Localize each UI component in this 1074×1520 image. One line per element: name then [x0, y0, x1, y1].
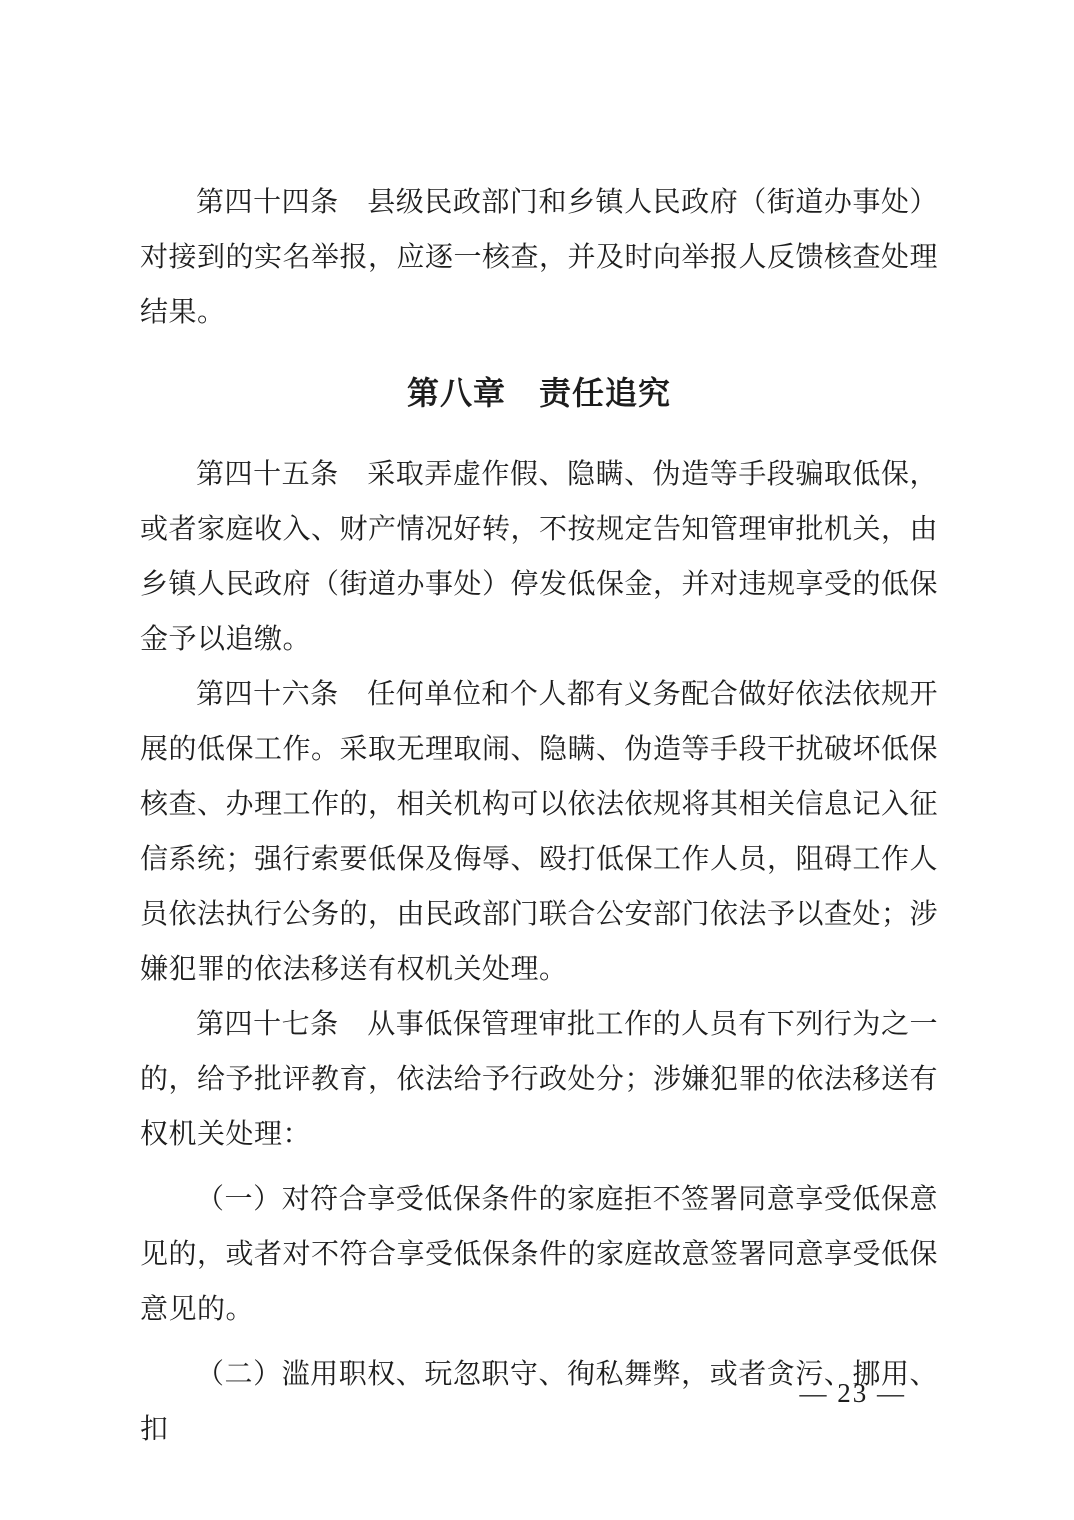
document-body: 第四十四条 县级民政部门和乡镇人民政府（街道办事处）对接到的实名举报，应逐一核查… [140, 175, 938, 1457]
paragraph-article-45: 第四十五条 采取弄虚作假、隐瞒、伪造等手段骗取低保，或者家庭收入、财产情况好转，… [140, 447, 938, 667]
paragraph-article-47-item-1: （一）对符合享受低保条件的家庭拒不签署同意享受低保意见的，或者对不符合享受低保条… [140, 1172, 938, 1337]
paragraph-article-46: 第四十六条 任何单位和个人都有义务配合做好依法依规开展的低保工作。采取无理取闹、… [140, 667, 938, 997]
paragraph-article-47: 第四十七条 从事低保管理审批工作的人员有下列行为之一的，给予批评教育，依法给予行… [140, 997, 938, 1162]
page-number: — 23 — [800, 1378, 907, 1408]
paragraph-article-44: 第四十四条 县级民政部门和乡镇人民政府（街道办事处）对接到的实名举报，应逐一核查… [140, 175, 938, 340]
chapter-heading: 第八章 责任追究 [140, 366, 938, 421]
document-page: 第四十四条 县级民政部门和乡镇人民政府（街道办事处）对接到的实名举报，应逐一核查… [0, 0, 1074, 1520]
